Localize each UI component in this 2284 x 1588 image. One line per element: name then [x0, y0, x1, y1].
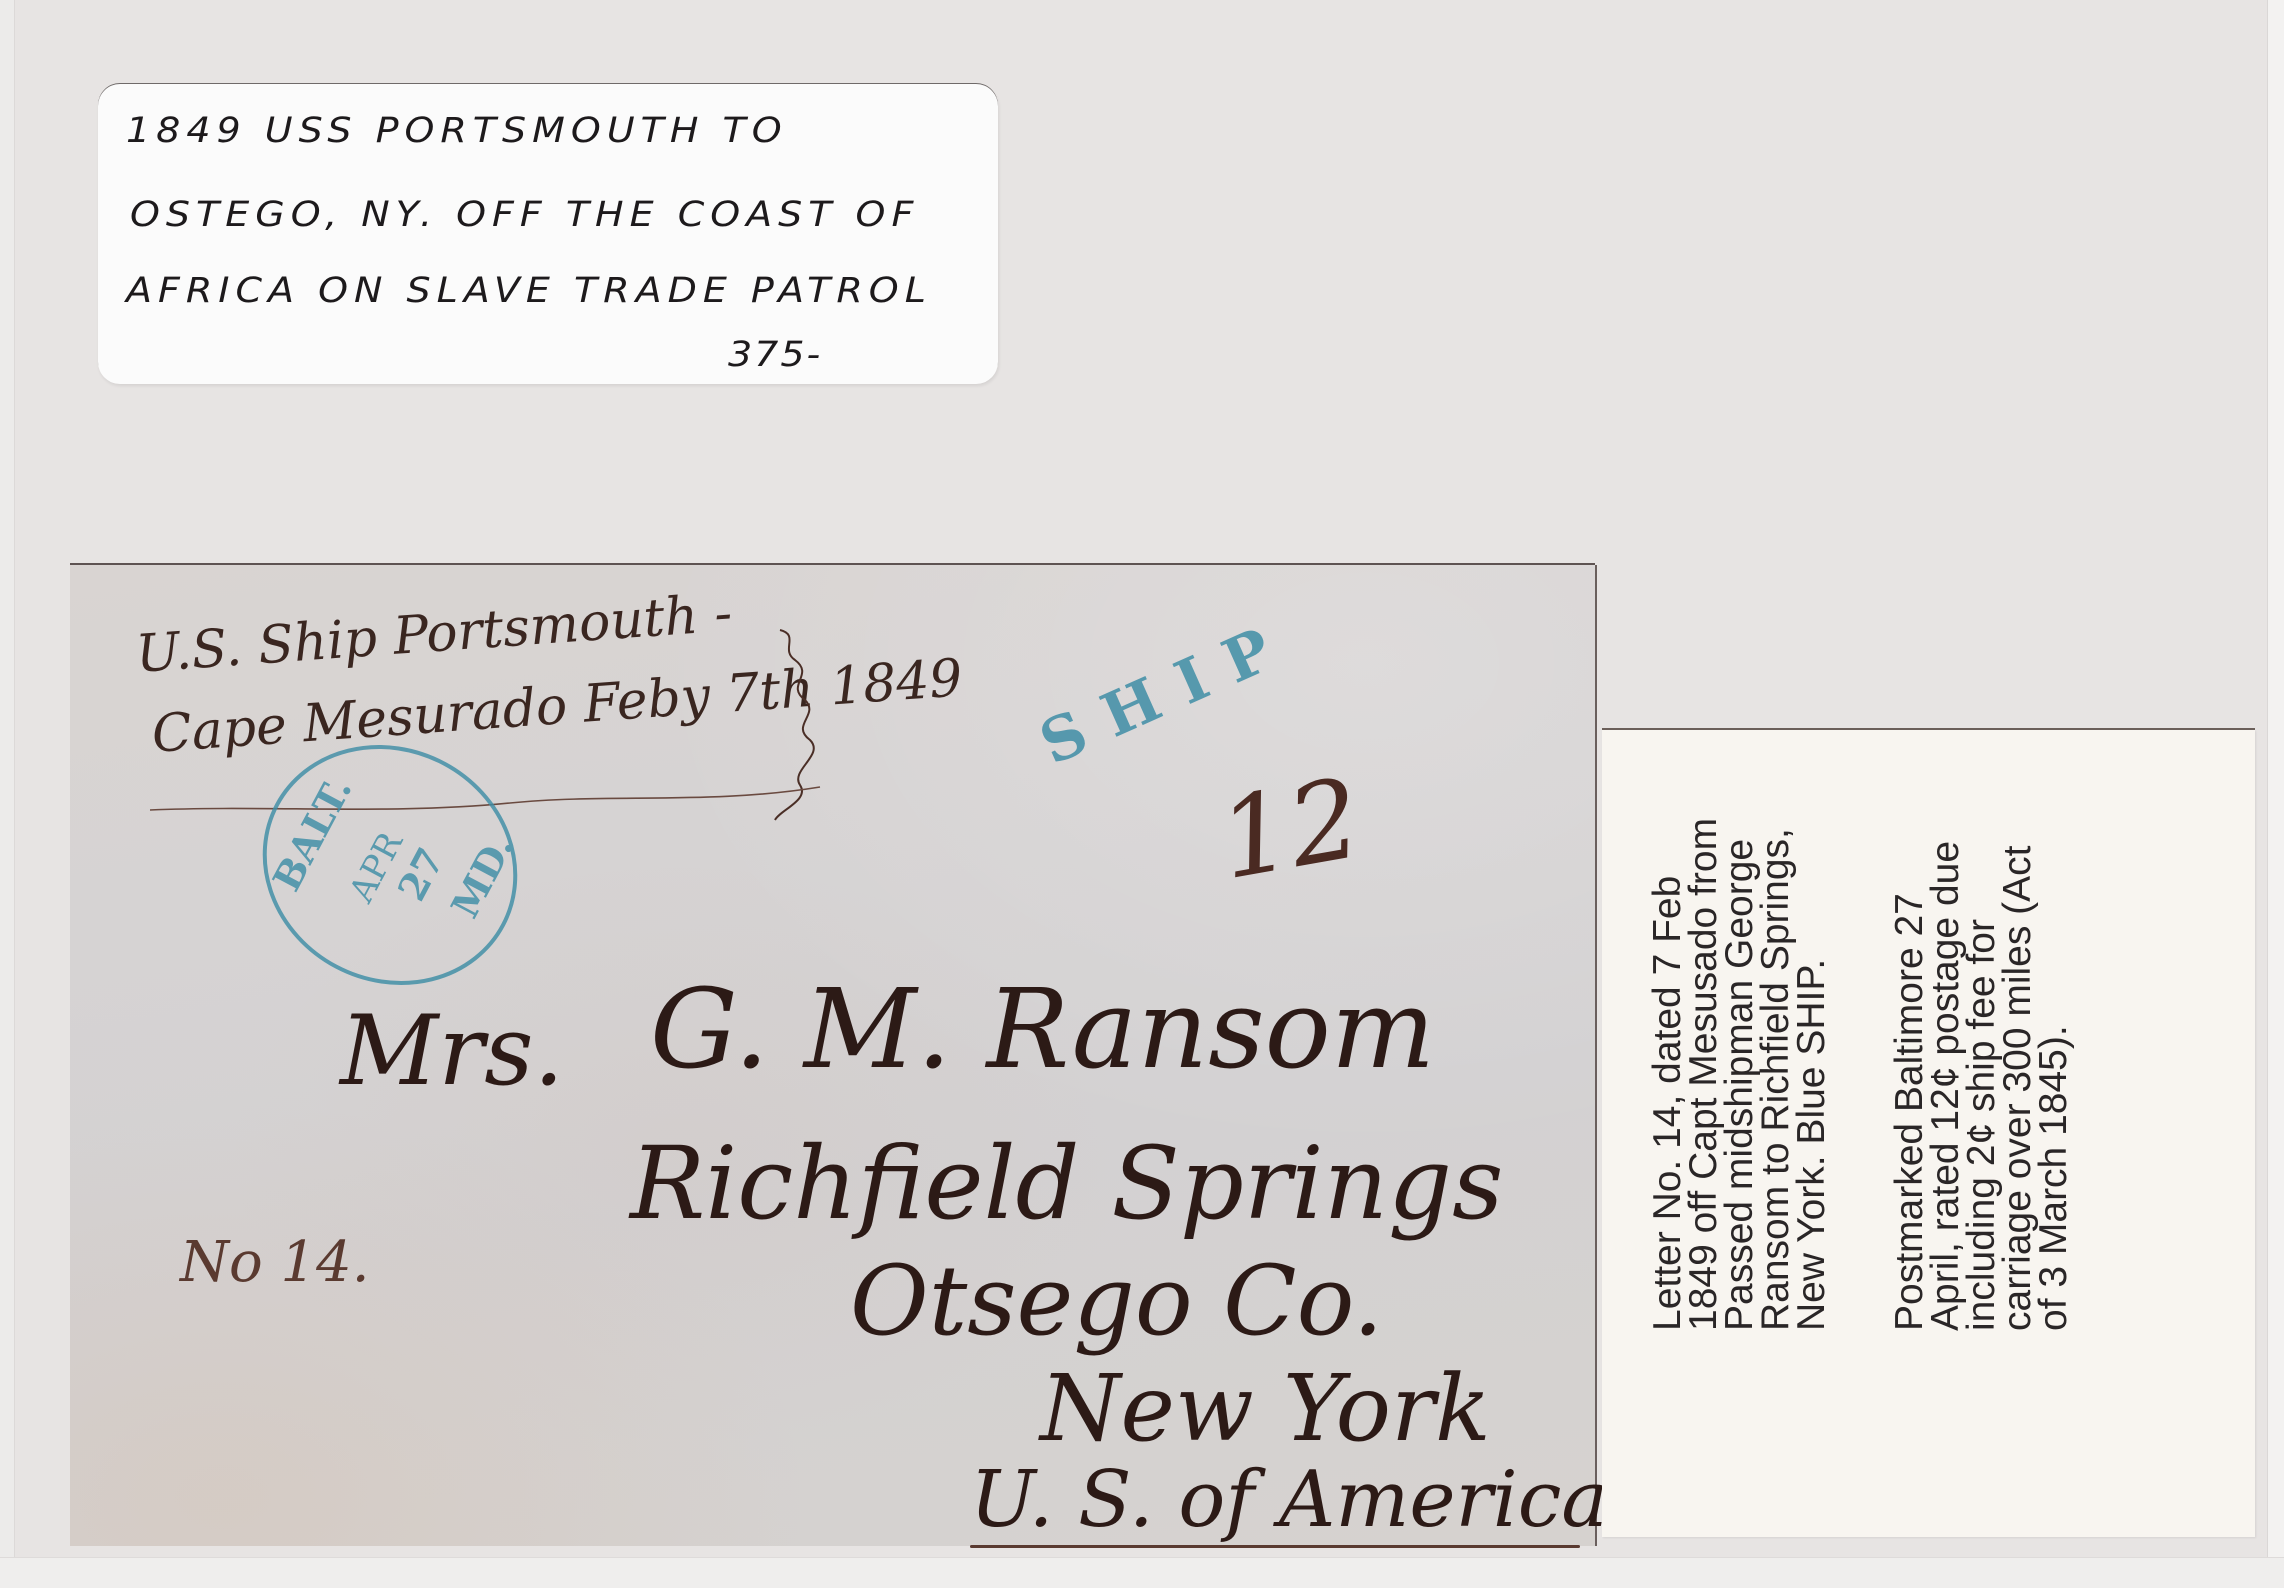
address-state: New York — [1040, 1355, 1491, 1462]
letter-number-docket: No 14. — [180, 1230, 370, 1295]
description-line: Postmarked Baltimore 27 — [1892, 771, 1928, 1331]
address-country: U. S. of America — [970, 1455, 1608, 1545]
address-underline — [970, 1545, 1580, 1548]
description-label: Letter No. 14, dated 7 Feb 1849 off Capt… — [1602, 730, 2255, 1537]
album-sleeve-left-edge — [0, 0, 15, 1588]
description-paragraph-1: Letter No. 14, dated 7 Feb 1849 off Capt… — [1650, 771, 1830, 1331]
description-line: Passed midshipman George — [1722, 771, 1758, 1331]
dealer-note-card: 1849 USS PORTSMOUTH TO OSTEGO, NY. OFF T… — [98, 84, 998, 384]
description-line: Ransom to Richfield Springs, — [1758, 771, 1794, 1331]
dealer-note-line-1: 1849 USS PORTSMOUTH TO — [126, 110, 788, 150]
description-line: New York. Blue SHIP. — [1794, 771, 1830, 1331]
dealer-price: 375- — [728, 334, 822, 374]
stampless-cover: U.S. Ship Portsmouth - Cape Mesurado Feb… — [70, 565, 1595, 1546]
ship-handstamp: SHIP — [1030, 606, 1304, 779]
dealer-note-line-2: OSTEGO, NY. OFF THE COAST OF — [130, 194, 919, 234]
postmark-city: BALT. — [264, 769, 361, 898]
description-line: including 2¢ ship fee for — [1964, 771, 2000, 1331]
address-salutation: Mrs. — [340, 995, 564, 1107]
description-line: April, rated 12¢ postage due — [1928, 771, 1964, 1331]
description-line: carriage over 300 miles (Act — [2000, 771, 2036, 1331]
address-name: G. M. Ransom — [650, 965, 1435, 1093]
address-city: Richfield Springs — [630, 1125, 1503, 1242]
baltimore-postmark: BALT. MD. APR 27 — [260, 715, 520, 1015]
description-label-rotated-text: Letter No. 14, dated 7 Feb 1849 off Capt… — [1602, 730, 2255, 1537]
postage-rate-marking: 12 — [1210, 754, 1370, 904]
album-sleeve-bottom-edge — [0, 1557, 2284, 1588]
address-county: Otsego Co. — [850, 1245, 1383, 1357]
description-line: Letter No. 14, dated 7 Feb — [1650, 771, 1686, 1331]
dealer-note-line-3: AFRICA ON SLAVE TRADE PATROL — [126, 270, 932, 310]
description-paragraph-2: Postmarked Baltimore 27 April, rated 12¢… — [1892, 771, 2072, 1331]
album-sleeve-right-edge — [2267, 0, 2284, 1588]
description-line: 1849 off Capt Mesusado from — [1686, 771, 1722, 1331]
description-line: of 3 March 1845). — [2036, 771, 2072, 1331]
